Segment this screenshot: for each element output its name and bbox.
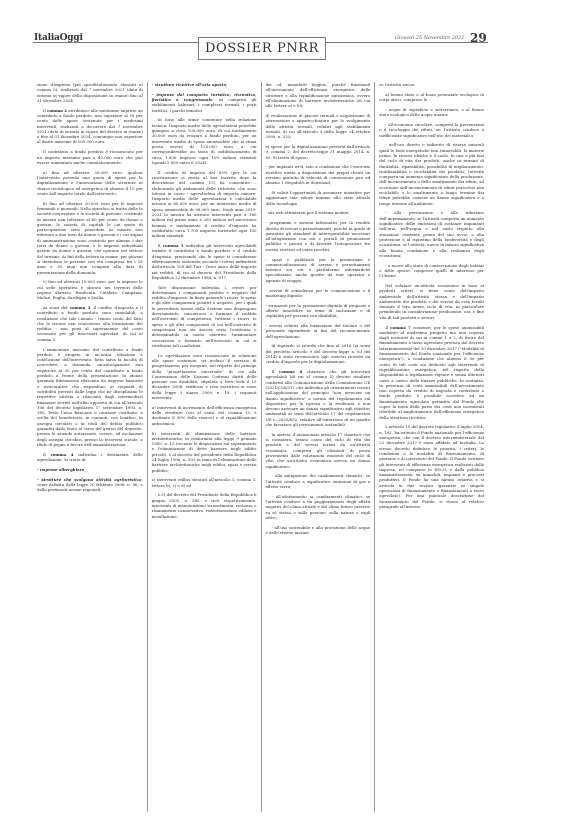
paragraph: e.5) del decreto del Presidente della Re…	[152, 492, 257, 518]
paragraph: d) realizzazione di piscine termali e ac…	[266, 113, 371, 139]
paragraph: Si valuti l'opportunità di assumere iniz…	[266, 190, 371, 206]
paragraph-text: , il credito d'imposta e il contributo a…	[37, 305, 143, 342]
paragraph: Le agevolazioni sono riconosciute in rel…	[152, 353, 257, 401]
paragraph: se l'attività nuoce:	[379, 82, 484, 87]
paragraph: Tale disposizione individua i criteri pe…	[152, 285, 257, 349]
paragraph-text: - alla mitigazione dei cambiamenti clima…	[266, 473, 371, 489]
article-column-1: zione d'impresa (più specificatamente el…	[33, 82, 147, 812]
comma-reference: comma 3	[70, 305, 91, 310]
paragraph: - strumenti per la promozione digitale d…	[266, 303, 371, 319]
paragraph: Ai sensi del comma 3, il credito d'impos…	[37, 305, 143, 342]
paragraph-text: Nel valutare un'attività economica in ba…	[379, 283, 484, 320]
beneficiary-category: - imprese alberghiere	[37, 467, 84, 472]
paragraph: c) fino ad ulteriori 10.000 euro, per le…	[37, 279, 143, 300]
paragraph: - all'uso sostenibile e alla protezione …	[266, 525, 371, 536]
paragraph: c) interventi edilizi elencati all'artic…	[152, 477, 257, 488]
paragraph-text: - programmi e sistemi informatici per la…	[266, 220, 371, 251]
paragraph-text: - all'adattamento ai cambiamenti climati…	[266, 494, 371, 520]
paragraph: L'ammontare massimo del contributo a fon…	[37, 347, 143, 448]
paragraph: Il comma 2 attribuisce alle medesime imp…	[37, 108, 143, 145]
paragraph-text: - all'economia circolare, compresi la pr…	[379, 122, 484, 138]
paragraph-text: chiarisce che gli interventi agevolabili…	[266, 369, 371, 427]
paragraph: Il comma 7 consente, per le spese ammiss…	[379, 325, 484, 420]
paragraph-text: d) realizzazione di piscine termali e ac…	[266, 113, 371, 139]
paragraph-text: a) interventi di incremento dell'efficie…	[152, 405, 257, 426]
paragraph-text: Tale disposizione individua i criteri pe…	[152, 285, 257, 348]
beneficiary-category: - strutture ricettive all'aria aperta	[152, 82, 226, 87]
paragraph-text: ;	[84, 467, 85, 472]
paragraph: - o nuoce allo stato di conservazione de…	[379, 263, 484, 279]
paragraph: b) fino ad ulteriori 20.000 euro per le …	[37, 201, 143, 275]
page-number: 29	[470, 31, 487, 45]
paragraph: Il credito di imposta del 65% (per la cu…	[152, 170, 257, 239]
paragraph: In sintesi, il menzionato articolo 17 ch…	[266, 432, 371, 469]
paragraph-text: a) fino ad ulteriori 30.000 euro, qualor…	[37, 170, 143, 196]
paragraph: - servizi di consulenza per la comunicaz…	[266, 288, 371, 299]
paragraph: Il contributo a fondo perduto è riconosc…	[37, 149, 143, 165]
paragraph: a) interventi di incremento dell'efficie…	[152, 405, 257, 426]
paragraph: L'articolo 15 del decreto legislativo 4 …	[379, 424, 484, 509]
paragraph-text: dei cd. manufatti leggeri, purché funzio…	[266, 82, 371, 108]
paragraph: - nell'uso diretto o indiretto di risors…	[379, 142, 484, 206]
paragraph-text: - siti web ottimizzati per il sistema mo…	[266, 210, 350, 215]
article-column-3: dei cd. manufatti leggeri, purché funzio…	[261, 82, 375, 812]
paragraph: Al riguardo si ricorda che fino al 2016 …	[266, 343, 371, 364]
paragraph: - per impianti wi-fi, solo a condizione …	[266, 164, 371, 185]
paragraph-text: - servizi di consulenza per la comunicaz…	[266, 288, 371, 298]
issue-date: Giovedì 25 Novembre 2021	[395, 35, 465, 41]
paragraph-text: - strumenti per la promozione digitale d…	[266, 303, 371, 319]
paragraph-text: - o nuoce allo stato di conservazione de…	[379, 263, 484, 279]
paragraph-text: - acque di superficie e sotterranee; o a…	[379, 107, 484, 117]
comma-reference: comma 4	[50, 452, 73, 457]
paragraph-text: attribuisce alle medesime imprese un con…	[37, 108, 143, 145]
paragraph-text: L'ammontare massimo del contributo a fon…	[37, 347, 143, 447]
paragraph-text: se l'attività nuoce:	[379, 82, 415, 87]
paragraph: - servizi relativi alla formazione del t…	[266, 323, 371, 339]
paragraph-text: - servizi relativi alla formazione del t…	[266, 323, 371, 339]
paragraph-text: In sintesi, il menzionato articolo 17 ch…	[266, 432, 371, 469]
comma-reference: comma 2	[47, 108, 67, 113]
paragraph-text: b) interventi di eliminazione delle barr…	[152, 431, 257, 473]
article-columns: zione d'impresa (più specificatamente el…	[33, 82, 488, 812]
paragraph-text: Al riguardo si ricorda che fino al 2016 …	[266, 343, 371, 364]
paragraph-lead: Il	[272, 369, 280, 374]
newspaper-logo: ItaliaOggi	[34, 33, 83, 43]
paragraph-text: ;	[226, 82, 227, 87]
paragraph: - all'adattamento ai cambiamenti climati…	[266, 494, 371, 520]
paragraph-text: Le agevolazioni sono riconosciute in rel…	[152, 353, 257, 400]
paragraph-text: consente, per le spese ammissibili media…	[379, 325, 484, 420]
paragraph-text: - all'uso sostenibile e alla protezione …	[266, 525, 371, 535]
paragraph-text: Si valuti l'opportunità di assumere iniz…	[266, 190, 371, 206]
paragraph-text: al buono stato o al buon potenziale ecol…	[379, 92, 484, 102]
paragraph: dei cd. manufatti leggeri, purché funzio…	[266, 82, 371, 108]
paragraph-text: In base alle stime contenute nella relaz…	[152, 117, 257, 164]
paragraph: Nel valutare un'attività economica in ba…	[379, 283, 484, 320]
paragraph: a) fino ad ulteriori 30.000 euro, qualor…	[37, 170, 143, 196]
paragraph: b) interventi di eliminazione delle barr…	[152, 431, 257, 473]
paragraph: zione d'impresa (più specificatamente el…	[37, 82, 143, 103]
comma-reference: comma 6	[279, 369, 302, 374]
paragraph: Il comma 5 individua gli interventi agev…	[152, 243, 257, 280]
paragraph-text: e) spese per la digitalizzazione previst…	[266, 144, 371, 160]
paragraph: - strutture ricettive all'aria aperta;	[152, 82, 257, 87]
comma-reference: comma 7	[390, 325, 411, 330]
paragraph-text: b) fino ad ulteriori 20.000 euro per le …	[37, 201, 143, 275]
paragraph: - strutture che svolgano attività agritu…	[37, 477, 143, 493]
paragraph: - all'economia circolare, compresi la pr…	[379, 122, 484, 138]
paragraph: - spazi e pubblicità per la promozione e…	[266, 257, 371, 283]
paragraph-text: L'articolo 15 del decreto legislativo 4 …	[379, 424, 484, 508]
paragraph: - alla prevenzione e alla riduzione dell…	[379, 210, 484, 258]
paragraph-text: c) fino ad ulteriori 10.000 euro, per le…	[37, 279, 143, 300]
paragraph: e) spese per la digitalizzazione previst…	[266, 144, 371, 160]
paragraph-text: - alla prevenzione e alla riduzione dell…	[379, 210, 484, 257]
paragraph-text: - spazi e pubblicità per la promozione e…	[266, 257, 371, 283]
paragraph-text: individua gli interventi agevolabili tra…	[152, 243, 257, 280]
paragraph-text: Il contributo a fondo perduto è riconosc…	[37, 149, 143, 165]
paragraph: - imprese del comparto turistico, ricrea…	[152, 92, 257, 113]
paragraph: - programmi e sistemi informatici per la…	[266, 220, 371, 252]
paragraph-text: zione d'impresa (più specificatamente el…	[37, 82, 143, 103]
article-column-4: se l'attività nuoce:al buono stato o al …	[374, 82, 488, 812]
paragraph-text: - per impianti wi-fi, solo a condizione …	[266, 164, 371, 185]
paragraph-lead: Ai sensi del	[43, 305, 70, 310]
paragraph-text: e.5) del decreto del Presidente della Re…	[152, 492, 257, 518]
beneficiary-category: - strutture che svolgano attività agritu…	[37, 477, 142, 482]
paragraph: - imprese alberghiere;	[37, 467, 143, 472]
paragraph: - alla mitigazione dei cambiamenti clima…	[266, 473, 371, 489]
paragraph: Il comma 6 chiarisce che gli interventi …	[266, 369, 371, 427]
section-title: DOSSIER PNRR	[198, 37, 326, 60]
paragraph-text: Il credito di imposta del 65% (per la cu…	[152, 170, 257, 239]
article-column-2: - strutture ricettive all'aria aperta;- …	[147, 82, 261, 812]
paragraph: - acque di superficie e sotterranee; o a…	[379, 107, 484, 118]
paragraph: Il comma 4 individua i destinatari delle…	[37, 452, 143, 463]
paragraph: In base alle stime contenute nella relaz…	[152, 117, 257, 165]
comma-reference: comma 5	[163, 243, 184, 248]
paragraph-text: c) interventi edilizi elencati all'artic…	[152, 477, 257, 487]
paragraph-text: - nell'uso diretto o indiretto di risors…	[379, 142, 484, 205]
paragraph: - siti web ottimizzati per il sistema mo…	[266, 210, 371, 215]
paragraph: al buono stato o al buon potenziale ecol…	[379, 92, 484, 103]
